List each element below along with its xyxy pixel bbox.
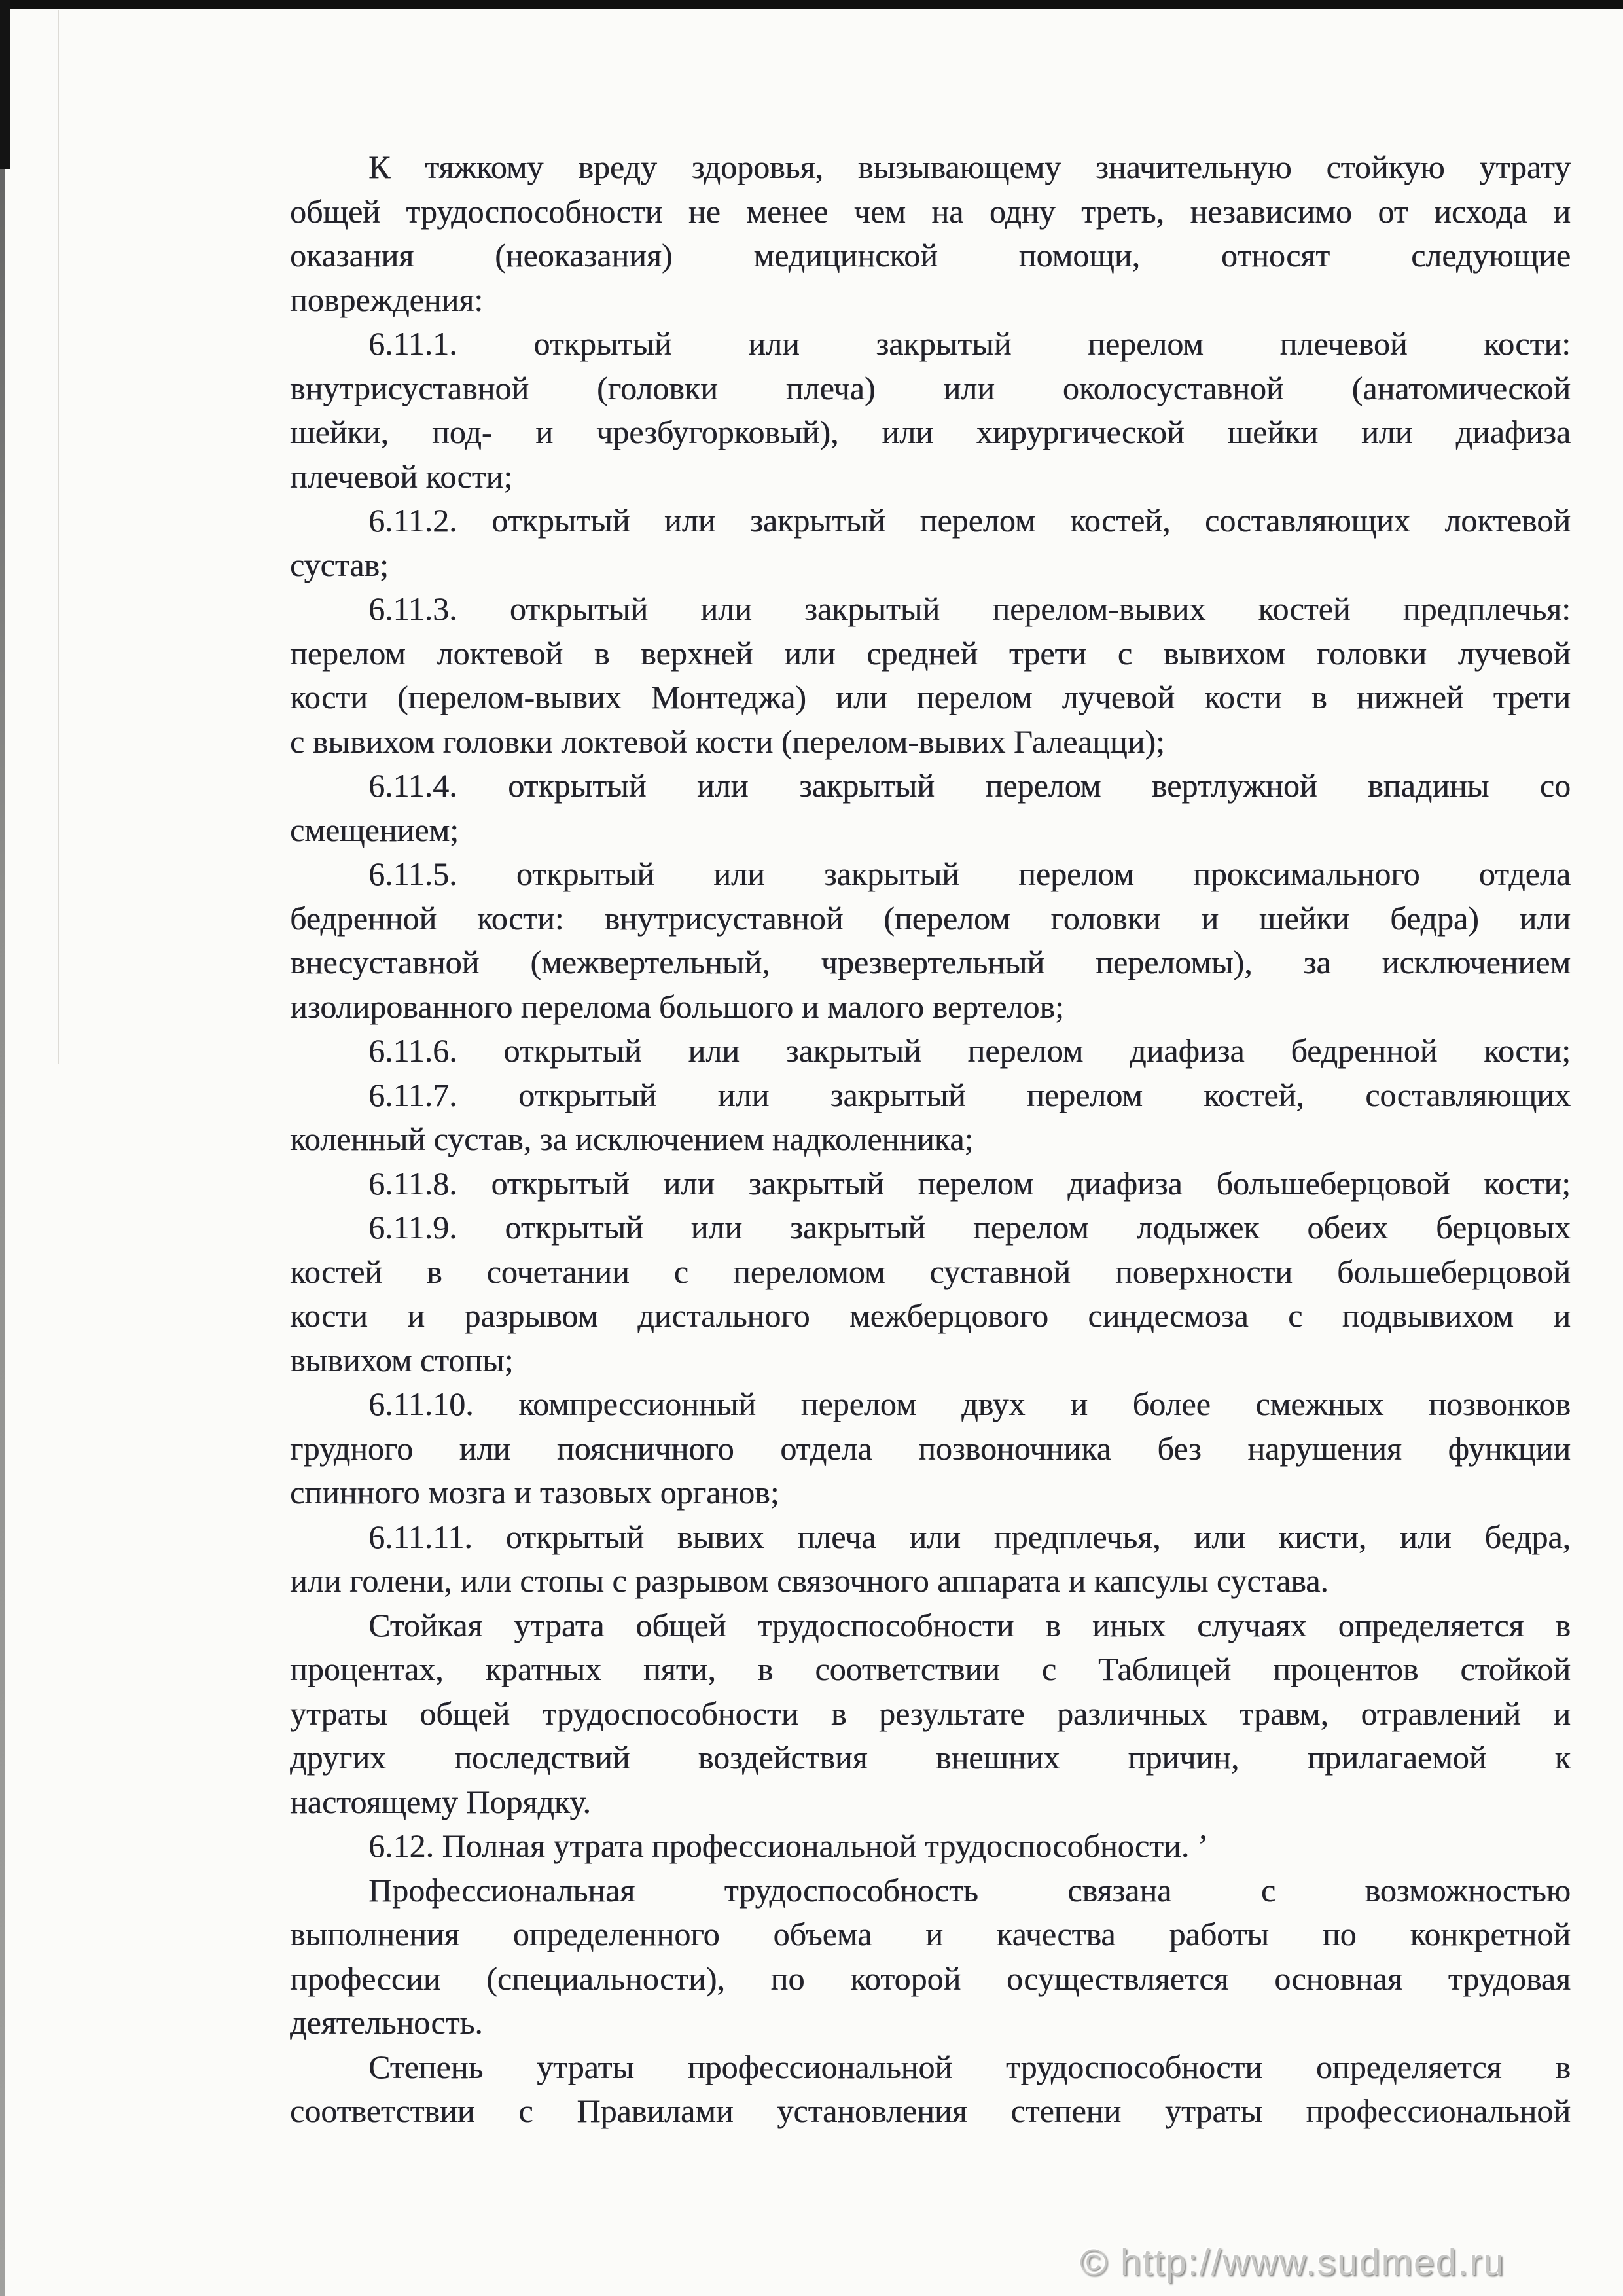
text-line: 6.11.3. открытый или закрытый перелом-вы… (290, 587, 1571, 632)
paragraph: 6.11.5. открытый или закрытый перелом пр… (290, 852, 1571, 1029)
text-line: 6.11.2. открытый или закрытый перелом ко… (290, 499, 1571, 543)
paragraph: 6.11.4. открытый или закрытый перелом ве… (290, 764, 1571, 852)
text-line: соответствии с Правилами установления ст… (290, 2089, 1571, 2134)
text-line: Профессиональная трудоспособность связан… (290, 1869, 1571, 1913)
text-line: внесуставной (межвертельный, чрезвертель… (290, 941, 1571, 985)
text-line: кости и разрывом дистального межберцовог… (290, 1294, 1571, 1338)
text-line: К тяжкому вреду здоровья, вызывающему зн… (290, 145, 1571, 190)
text-line: смещением; (290, 808, 1571, 853)
paragraph: 6.11.3. открытый или закрытый перелом-вы… (290, 587, 1571, 764)
paragraph: 6.11.9. открытый или закрытый перелом ло… (290, 1206, 1571, 1382)
text-line: вывихом стопы; (290, 1338, 1571, 1383)
paragraph: 6.11.1. открытый или закрытый перелом пл… (290, 322, 1571, 499)
paragraph: 6.11.11. открытый вывих плеча или предпл… (290, 1515, 1571, 1604)
scanned-document-page: К тяжкому вреду здоровья, вызывающему зн… (0, 0, 1623, 2296)
paragraph: 6.11.10. компрессионный перелом двух и б… (290, 1382, 1571, 1515)
text-line: 6.11.7. открытый или закрытый перелом ко… (290, 1073, 1571, 1118)
text-line: процентах, кратных пяти, в соответствии … (290, 1647, 1571, 1692)
text-line: выполнения определенного объема и качест… (290, 1912, 1571, 1957)
paragraph: 6.11.2. открытый или закрытый перелом ко… (290, 499, 1571, 587)
text-line: общей трудоспособности не менее чем на о… (290, 190, 1571, 234)
text-line: 6.11.10. компрессионный перелом двух и б… (290, 1382, 1571, 1427)
text-line: 6.12. Полная утрата профессиональной тру… (290, 1824, 1571, 1869)
text-line: 6.11.8. открытый или закрытый перелом ди… (290, 1162, 1571, 1206)
paragraph: 6.11.8. открытый или закрытый перелом ди… (290, 1162, 1571, 1206)
text-line: плечевой кости; (290, 455, 1571, 499)
paragraph: 6.11.6. открытый или закрытый перелом ди… (290, 1029, 1571, 1073)
text-line: или голени, или стопы с разрывом связочн… (290, 1559, 1571, 1604)
scan-artifact-top-edge (0, 0, 1623, 9)
text-line: с вывихом головки локтевой кости (перело… (290, 720, 1571, 764)
text-line: 6.11.11. открытый вывих плеча или предпл… (290, 1515, 1571, 1560)
text-line: оказания (неоказания) медицинской помощи… (290, 234, 1571, 278)
paragraph: 6.11.7. открытый или закрытый перелом ко… (290, 1073, 1571, 1162)
text-line: кости (перелом-вывих Монтеджа) или перел… (290, 675, 1571, 720)
text-line: сустав; (290, 543, 1571, 588)
text-line: 6.11.6. открытый или закрытый перелом ди… (290, 1029, 1571, 1073)
text-line: утраты общей трудоспособности в результа… (290, 1692, 1571, 1736)
scan-artifact-fold-line (58, 10, 59, 1064)
text-line: повреждения: (290, 278, 1571, 323)
text-line: костей в сочетании с переломом суставной… (290, 1250, 1571, 1295)
paragraph: Степень утраты профессиональной трудоспо… (290, 2045, 1571, 2134)
text-block: К тяжкому вреду здоровья, вызывающему зн… (290, 145, 1571, 2134)
paragraph: Стойкая утрата общей трудоспособности в … (290, 1604, 1571, 1825)
text-line: 6.11.9. открытый или закрытый перелом ло… (290, 1206, 1571, 1250)
paragraph: 6.12. Полная утрата профессиональной тру… (290, 1824, 1571, 1869)
text-line: Степень утраты профессиональной трудоспо… (290, 2045, 1571, 2090)
text-line: бедренной кости: внутрисуставной (перело… (290, 897, 1571, 941)
text-line: перелом локтевой в верхней или средней т… (290, 632, 1571, 676)
paragraph: Профессиональная трудоспособность связан… (290, 1869, 1571, 2045)
text-line: спинного мозга и тазовых органов; (290, 1471, 1571, 1515)
text-line: других последствий воздействия внешних п… (290, 1736, 1571, 1780)
text-line: 6.11.5. открытый или закрытый перелом пр… (290, 852, 1571, 897)
text-line: внутрисуставной (головки плеча) или окол… (290, 367, 1571, 411)
watermark-credit: © http://www.sudmed.ru (1080, 2241, 1623, 2284)
text-line: изолированного перелома большого и малог… (290, 985, 1571, 1030)
text-line: 6.11.4. открытый или закрытый перелом ве… (290, 764, 1571, 808)
text-line: коленный сустав, за исключением надколен… (290, 1117, 1571, 1162)
paragraph: К тяжкому вреду здоровья, вызывающему зн… (290, 145, 1571, 322)
text-line: профессии (специальности), по которой ос… (290, 1957, 1571, 2001)
text-line: грудного или поясничного отдела позвоноч… (290, 1427, 1571, 1471)
scan-artifact-corner-bar (0, 0, 10, 169)
text-line: деятельность. (290, 2001, 1571, 2045)
text-line: шейки, под- и чрезбугорковый), или хирур… (290, 410, 1571, 455)
text-line: настоящему Порядку. (290, 1780, 1571, 1825)
scan-artifact-left-edge (0, 0, 5, 2296)
text-line: 6.11.1. открытый или закрытый перелом пл… (290, 322, 1571, 367)
text-line: Стойкая утрата общей трудоспособности в … (290, 1604, 1571, 1648)
